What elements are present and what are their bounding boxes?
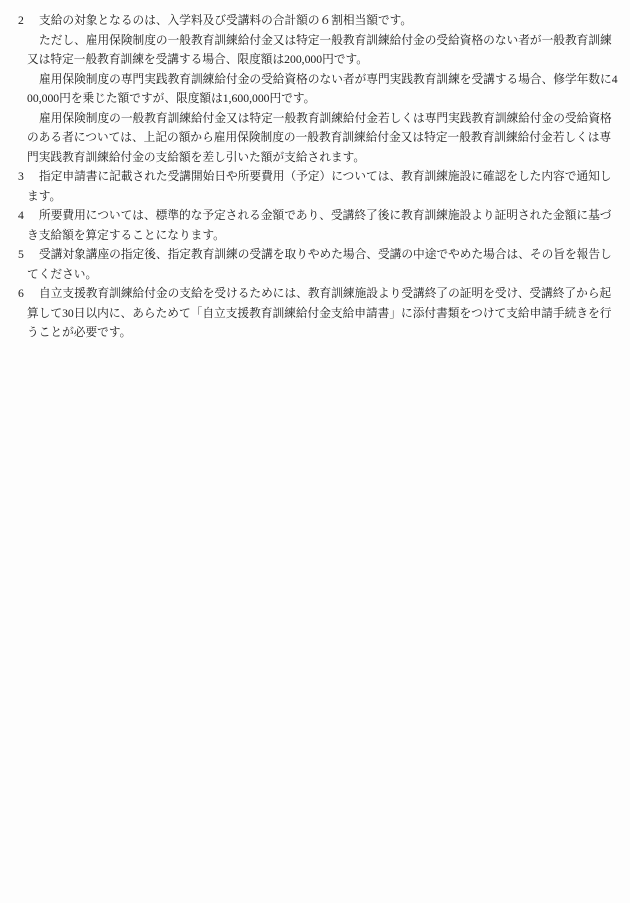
- line-text: 又は特定一般教育訓練を受講する場合、限度額は200,000円です。: [27, 53, 368, 66]
- line-text: 支給の対象となるのは、入学料及び受講料の合計額の６割相当額です。: [39, 14, 412, 27]
- text-line: 雇用保険制度の専門実践教育訓練給付金の受給資格のない者が専門実践教育訓練を受講す…: [0, 70, 630, 90]
- list-item-line: 4所要費用については、標準的な予定される金額であり、受講終了後に教育訓練施設より…: [0, 206, 630, 226]
- line-text: 00,000円を乗じた額ですが、限度額は1,600,000円です。: [27, 92, 315, 105]
- line-text: 指定申請書に記載された受講開始日や所要費用（予定）については、教育訓練施設に確認…: [39, 170, 611, 183]
- item-number: 4: [18, 206, 39, 226]
- item-number: 3: [18, 167, 39, 187]
- line-text: ます。: [27, 190, 61, 203]
- text-line: 又は特定一般教育訓練を受講する場合、限度額は200,000円です。: [0, 50, 630, 70]
- line-text: 門実践教育訓練給付金の支給額を差し引いた額が支給されます。: [27, 151, 365, 164]
- text-line: のある者については、上記の額から雇用保険制度の一般教育訓練給付金又は特定一般教育…: [0, 128, 630, 148]
- line-text: うことが必要です。: [27, 326, 131, 339]
- line-text: 算して30日以内に、あらためて「自立支援教育訓練給付金支給申請書」に添付書類をつ…: [27, 307, 611, 320]
- item-number: 5: [18, 245, 39, 265]
- line-text: 自立支援教育訓練給付金の支給を受けるためには、教育訓練施設より受講終了の証明を受…: [39, 287, 611, 300]
- text-line: 00,000円を乗じた額ですが、限度額は1,600,000円です。: [0, 89, 630, 109]
- document-page: 2支給の対象となるのは、入学料及び受講料の合計額の６割相当額です。ただし、雇用保…: [0, 0, 630, 903]
- text-line: 門実践教育訓練給付金の支給額を差し引いた額が支給されます。: [0, 148, 630, 168]
- line-text: のある者については、上記の額から雇用保険制度の一般教育訓練給付金又は特定一般教育…: [27, 131, 611, 144]
- text-line: 算して30日以内に、あらためて「自立支援教育訓練給付金支給申請書」に添付書類をつ…: [0, 304, 630, 324]
- item-number: 6: [18, 284, 39, 304]
- list-item-line: 5受講対象講座の指定後、指定教育訓練の受講を取りやめた場合、受講の中途でやめた場…: [0, 245, 630, 265]
- text-line: ただし、雇用保険制度の一般教育訓練給付金又は特定一般教育訓練給付金の受給資格のな…: [0, 31, 630, 51]
- list-item-line: 3指定申請書に記載された受講開始日や所要費用（予定）については、教育訓練施設に確…: [0, 167, 630, 187]
- item-number: 2: [18, 11, 39, 31]
- line-text: ただし、雇用保険制度の一般教育訓練給付金又は特定一般教育訓練給付金の受給資格のな…: [39, 34, 612, 47]
- line-text: てください。: [27, 268, 97, 281]
- document-text: 2支給の対象となるのは、入学料及び受講料の合計額の６割相当額です。ただし、雇用保…: [0, 11, 630, 343]
- text-line: うことが必要です。: [0, 323, 630, 343]
- line-text: 雇用保険制度の専門実践教育訓練給付金の受給資格のない者が専門実践教育訓練を受講す…: [39, 73, 618, 86]
- line-text: 受講対象講座の指定後、指定教育訓練の受講を取りやめた場合、受講の中途でやめた場合…: [39, 248, 612, 261]
- line-text: 雇用保険制度の一般教育訓練給付金又は特定一般教育訓練給付金若しくは専門実践教育訓…: [39, 112, 612, 125]
- line-text: き支給額を算定することになります。: [27, 229, 225, 242]
- text-line: き支給額を算定することになります。: [0, 226, 630, 246]
- text-line: ます。: [0, 187, 630, 207]
- list-item-line: 2支給の対象となるのは、入学料及び受講料の合計額の６割相当額です。: [0, 11, 630, 31]
- line-text: 所要費用については、標準的な予定される金額であり、受講終了後に教育訓練施設より証…: [39, 209, 611, 222]
- text-line: 雇用保険制度の一般教育訓練給付金又は特定一般教育訓練給付金若しくは専門実践教育訓…: [0, 109, 630, 129]
- text-line: てください。: [0, 265, 630, 285]
- list-item-line: 6自立支援教育訓練給付金の支給を受けるためには、教育訓練施設より受講終了の証明を…: [0, 284, 630, 304]
